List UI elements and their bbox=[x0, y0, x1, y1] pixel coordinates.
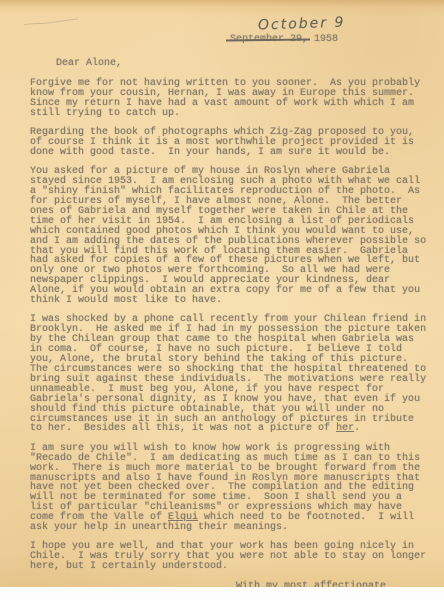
letter-paragraph: You asked for a picture of my house in R… bbox=[30, 167, 432, 306]
underlined-word: her bbox=[336, 423, 354, 434]
letter-paragraph: Regarding the book of photographs which … bbox=[30, 128, 432, 158]
salutation: Dear Alone, bbox=[56, 59, 432, 69]
letter-page: October 9 September 29, 1958 Dear Alone,… bbox=[0, 0, 444, 587]
letter-paragraph: Forgive me for not having written to you… bbox=[30, 79, 432, 119]
letter-content: Dear Alone, Forgive me for not having wr… bbox=[0, 0, 444, 600]
letter-paragraph: I hope you are well, and that your work … bbox=[30, 542, 432, 572]
letter-body: Forgive me for not having written to you… bbox=[30, 79, 432, 572]
letter-paragraph: I am sure you will wish to know how work… bbox=[30, 444, 432, 533]
letter-paragraph: I was shocked by a phone call recently f… bbox=[30, 315, 432, 434]
scan-background bbox=[0, 587, 444, 600]
